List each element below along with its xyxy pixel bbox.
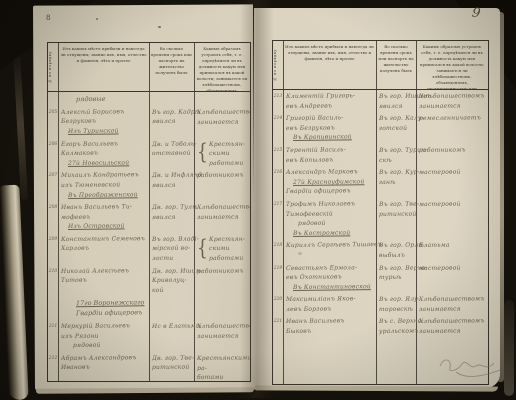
- term-cell: Въ гор. Турин-скѣ: [376, 146, 416, 165]
- table-row: 213Климентій Григорь-евъ АндреевъВъ гор.…: [273, 92, 488, 111]
- row-number: 209: [48, 235, 58, 264]
- table-row: 219Севастьянъ Ермола-евъ ОхотниковъВъ Ко…: [273, 264, 488, 293]
- term-line: уральскомъ: [379, 327, 416, 337]
- right-register-table: № по порядку Изъ какихъ мѣстъ прибыли и …: [272, 40, 489, 385]
- manner-lines: ремесленничаетъ: [419, 114, 488, 124]
- dust-speck: [96, 18, 98, 20]
- manner-line: Елатьма: [419, 241, 488, 251]
- name-cell: Максимиліанъ Яков-левъ Борзовъ: [283, 295, 376, 314]
- row-number: 220: [273, 295, 283, 314]
- term-cell: Въ гор. Ялу-торовскѣ: [376, 295, 416, 314]
- manner-line: Хлѣбопашествомъ занимается: [419, 317, 488, 337]
- term-line: явился: [152, 117, 194, 127]
- manner-line: работникомъ: [197, 171, 250, 181]
- name-line: Терентій Василь-: [286, 145, 376, 156]
- header-cell-term: Во сколько времени срокъ или паспортъ на…: [376, 41, 416, 89]
- manner-lines: работникомъ: [197, 267, 250, 277]
- name-cell: Константинъ СеменовъХарловъ: [58, 235, 149, 264]
- book-page-stack-edge: [0, 185, 29, 400]
- row-number: 205: [48, 108, 58, 137]
- manner-line: ботами: [197, 372, 250, 381]
- manner-lines: мастеровой: [419, 200, 488, 210]
- term-line: явился: [152, 180, 194, 190]
- name-cell: Михаилъ Кондратьевъизъ ТюменевскойВъ Пре…: [58, 171, 149, 200]
- term-cell: Дв. и Инфляндявился: [149, 171, 194, 200]
- name-line: рядовой: [73, 340, 149, 350]
- row-number: 214: [273, 114, 283, 143]
- manner-line: скими: [209, 244, 245, 254]
- name-line: Быковъ: [286, 326, 376, 337]
- manner-lines: Хлѣбопашествомъ занимается: [197, 203, 250, 222]
- manner-line: Хлѣбопашествомъ занимается: [197, 203, 250, 223]
- term-line: Въ гор. Кур-: [379, 168, 416, 178]
- term-line: Въ гор. Ишимѣ: [379, 92, 416, 102]
- header-cell-term: Во сколько времени срокъ или паспортъ на…: [149, 43, 194, 91]
- manner-cell: Хлѣбопашествомъ занимается: [416, 92, 488, 111]
- header-cell-number: № по порядку: [48, 43, 58, 91]
- row-number: 212: [48, 354, 58, 381]
- row-number: 206: [48, 140, 58, 169]
- row-number: 210: [48, 267, 58, 296]
- term-line: Въ гор. Калу-: [379, 114, 416, 124]
- term-line: скѣ: [379, 155, 416, 165]
- left-page-number: 8: [46, 14, 50, 22]
- name-line: Въ Преображенской: [68, 190, 149, 200]
- name-line: Въ Крапивинской: [293, 133, 376, 143]
- term-line: готской: [379, 123, 416, 133]
- manner-cell: Хлѣбопашествомъ занимается: [416, 317, 488, 336]
- manner-cell: Елатьма: [416, 241, 488, 260]
- term-cell: Дв. гор. Ишим-Криволуц-кой: [149, 267, 194, 296]
- table-row: 218Кириллъ Сергѣевъ ТишаевъВъ гор. Орлѣв…: [273, 241, 488, 260]
- term-line: выбылъ: [379, 251, 416, 261]
- term-line: отставной: [152, 149, 194, 159]
- table-row: 212Абрамъ АлександровъИвановъДв. гор. Тв…: [48, 354, 250, 381]
- manner-lines: Крестьян-скимиработами: [209, 235, 245, 264]
- name-cell: Абрамъ АлександровъИвановъ: [58, 354, 149, 381]
- term-line: Въ гор. Верхо-: [379, 263, 416, 273]
- term-line: кой: [152, 285, 194, 295]
- name-line: изъ Тюменевской: [61, 180, 149, 191]
- term-line: Въ с. Верхне-: [379, 317, 416, 327]
- table-row: 216Александръ Марковъ27й КрасноуфимскойГ…: [273, 168, 488, 197]
- manner-line: скими: [209, 149, 245, 159]
- table-row: 220Максимиліанъ Яков-левъ БорзовъВъ гор.…: [273, 295, 488, 314]
- manner-cell: работникомъ: [194, 267, 250, 296]
- brace-mark: {: [197, 239, 208, 260]
- section-heading-line: Гвардіи офицеровъ: [76, 307, 250, 319]
- term-line: ганѣ: [379, 177, 416, 187]
- name-line: Меркурій Васильевъ: [61, 321, 149, 332]
- name-line: рядовой: [298, 218, 376, 228]
- term-cell: Въ гор. Калу-готской: [376, 114, 416, 143]
- section-heading: рядовые: [48, 94, 250, 104]
- table-row: 206Егоръ ВасильевъКолмаковъ27й Новосильс…: [48, 140, 250, 169]
- name-cell: Иванъ Васильевъ Ти-мофеевъИзъ Островской: [58, 203, 149, 232]
- name-line: евъ Андреевъ: [286, 101, 376, 112]
- term-cell: Дв. гор. Тулѣявился: [149, 203, 194, 232]
- name-line: Харловъ: [61, 244, 149, 255]
- term-line: мірской во-: [152, 244, 194, 254]
- name-line: Александръ Марковъ: [286, 167, 376, 178]
- right-page-bottom-edge: [255, 385, 498, 391]
- manner-lines: Елатьма: [419, 241, 488, 251]
- manner-cell: мастеровой: [416, 264, 488, 293]
- manner-line: Хлѣбопашествомъ занимается: [197, 107, 250, 127]
- manner-lines: работникомъ: [419, 146, 488, 156]
- dust-speck: [158, 26, 161, 28]
- name-cell: Николай АлексѣевъТитовъ: [58, 267, 149, 296]
- scanned-register-photo: 8 9 № по порядку Изъ какихъ мѣстъ прибыл…: [0, 0, 516, 400]
- manner-line: ремесленничаетъ: [419, 113, 488, 123]
- name-line: Колмаковъ: [61, 148, 149, 159]
- row-number: 207: [48, 171, 58, 200]
- manner-line: мастеровой: [419, 199, 488, 209]
- name-cell: Григорій Василь-евъ БезруковъВъ Крапивин…: [283, 114, 376, 143]
- term-cell: Ис в Елатьмѣ: [149, 322, 194, 351]
- manner-line: мастеровой: [419, 263, 488, 273]
- term-line: Дв. и Тоболь-: [152, 139, 194, 149]
- manner-lines: Хлѣбопашествомъ занимается: [197, 108, 250, 127]
- table-row: 214Григорій Василь-евъ БезруковъВъ Крапи…: [273, 114, 488, 143]
- smudge: [298, 252, 302, 255]
- right-table-body: 213Климентій Григорь-евъ АндреевъВъ гор.…: [273, 89, 488, 384]
- table-row: 211Меркурій Васильевъизъ РязанирядовойИс…: [48, 322, 250, 351]
- term-line: торовскѣ: [379, 304, 416, 314]
- manner-line: работникомъ: [419, 145, 488, 155]
- name-cell: Егоръ ВасильевъКолмаковъ27й Новосильской: [58, 140, 149, 169]
- manner-lines: Крестьян-скимиработами: [209, 140, 245, 169]
- name-cell: Трофимъ НиколаевъТимофеевскійрядовойВъ К…: [283, 200, 376, 238]
- term-cell: Дв. гор. Тве-ритинской: [149, 354, 194, 381]
- term-line: явился: [379, 101, 416, 111]
- name-line: Кириллъ Сергѣевъ Тишаевъ: [286, 240, 376, 251]
- manner-line: Хлѣбопашествомъ занимается: [419, 295, 488, 315]
- left-page-bottom-edge: [36, 387, 254, 394]
- name-cell: Иванъ ВасильевъБыковъ: [283, 317, 376, 336]
- manner-lines: Хлѣбопашествомъ занимается: [197, 322, 250, 341]
- name-line: Изъ Туринской: [68, 126, 149, 136]
- left-table-body: рядовые205Алексѣй БорисовъБезруковъИзъ Т…: [48, 91, 250, 381]
- name-line: Титовъ: [61, 275, 149, 286]
- header-cell-manner: Какимъ образомъ устроилъ себя, т. е. опр…: [194, 43, 250, 91]
- row-number: 213: [273, 92, 283, 111]
- manner-lines: Хлѣбопашествомъ занимается: [419, 92, 488, 111]
- row-number: 218: [273, 241, 283, 260]
- table-row: 207Михаилъ Кондратьевъизъ ТюменевскойВъ …: [48, 171, 250, 200]
- table-row: 209Константинъ СеменовъХарловъВъ гор. Вл…: [48, 235, 250, 264]
- section-heading-line: рядовые: [76, 93, 250, 105]
- term-cell: Въ гор. Кадрѣявился: [149, 108, 194, 137]
- row-number: 217: [273, 200, 283, 238]
- term-line: ритинской: [152, 363, 194, 373]
- name-line: левъ Борзовъ: [286, 304, 376, 315]
- term-line: Въ гор. Турин-: [379, 146, 416, 156]
- manner-cell: работникомъ: [194, 171, 250, 200]
- term-cell: Дв. и Тоболь-отставной: [149, 140, 194, 169]
- section-heading: 17го ВоронежскагоГвардіи офицеровъ: [48, 298, 250, 318]
- name-cell: Терентій Василь-евъ Копыловъ: [283, 146, 376, 165]
- term-line: Дв. гор. Тулѣ: [152, 203, 194, 213]
- manner-cell: ремесленничаетъ: [416, 114, 488, 143]
- name-line: Гвардіи офицеровъ: [286, 186, 376, 197]
- term-line: явился: [152, 212, 194, 222]
- manner-line: работникомъ: [197, 266, 250, 276]
- table-row: 205Алексѣй БорисовъБезруковъИзъ Туринско…: [48, 108, 250, 137]
- manner-cell: {Крестьян-скимиработами: [194, 235, 250, 264]
- row-number: 208: [48, 203, 58, 232]
- name-cell: Александръ Марковъ27й КрасноуфимскойГвар…: [283, 168, 376, 197]
- name-line: Иванъ Васильевъ Ти-: [61, 202, 149, 213]
- term-cell: Въ с. Верхне-уральскомъ: [376, 317, 416, 336]
- manner-line: работами: [209, 254, 245, 264]
- manner-lines: мастеровой: [419, 264, 488, 274]
- manner-lines: Хлѣбопашествомъ занимается: [419, 317, 488, 336]
- manner-cell: Хлѣбопашествомъ занимается: [194, 108, 250, 137]
- term-cell: Въ гор. Верхо-турьѣ: [376, 264, 416, 293]
- name-line: 27й Новосильской: [68, 158, 149, 168]
- brace-mark: {: [197, 143, 208, 164]
- name-cell: Меркурій Васильевъизъ Рязанирядовой: [58, 322, 149, 351]
- book-page-edge-streak: [13, 50, 28, 200]
- manner-cell: Хлѣбопашествомъ занимается: [194, 322, 250, 351]
- term-line: Ис в Елатьмѣ: [152, 321, 194, 331]
- name-line: Изъ Островской: [68, 221, 149, 231]
- row-number: 215: [273, 146, 283, 165]
- row-number: 216: [273, 168, 283, 197]
- manner-lines: Хлѣбопашествомъ занимается: [419, 295, 488, 314]
- term-line: Въ гор. Тве-: [379, 200, 416, 210]
- manner-cell: Хлѣбопашествомъ занимается: [416, 295, 488, 314]
- term-cell: Въ гор. Орлѣвыбылъ: [376, 241, 416, 260]
- name-line: Ивановъ: [61, 362, 149, 373]
- table-row: 210Николай АлексѣевъТитовъДв. гор. Ишим-…: [48, 267, 250, 296]
- name-line: Въ Константиновской: [293, 282, 376, 292]
- manner-cell: мастеровой: [416, 168, 488, 197]
- left-register-table: № по порядку Изъ какихъ мѣстъ прибыли и …: [47, 42, 251, 382]
- table-row: 215Терентій Василь-евъ КопыловъВъ гор. Т…: [273, 146, 488, 165]
- right-table-header: № по порядку Изъ какихъ мѣстъ прибыли и …: [273, 41, 488, 89]
- name-line: Въ Костромской: [293, 228, 376, 238]
- name-cell: Кириллъ Сергѣевъ Тишаевъ: [283, 241, 376, 260]
- header-cell-name: Изъ какихъ мѣстъ прибыли и навсегда ли о…: [283, 41, 376, 89]
- term-cell: Въ гор. Кур-ганѣ: [376, 168, 416, 197]
- header-cell-name: Изъ какихъ мѣстъ прибыли и навсегда ли о…: [58, 43, 149, 91]
- term-line: турьѣ: [379, 273, 416, 283]
- term-line: Въ гор. Орлѣ: [379, 241, 416, 251]
- term-line: Дв. и Инфлянд: [152, 171, 194, 181]
- term-line: ритинской: [379, 209, 416, 219]
- term-line: Криволуц-: [152, 276, 194, 286]
- header-cell-manner: Какимъ образомъ устроилъ себя, т. е. опр…: [416, 41, 488, 89]
- name-cell: Климентій Григорь-евъ Андреевъ: [283, 92, 376, 111]
- manner-line: Хлѣбопашествомъ занимается: [419, 91, 488, 111]
- table-row: 217Трофимъ НиколаевъТимофеевскійрядовойВ…: [273, 200, 488, 238]
- manner-lines: работникомъ: [197, 171, 250, 181]
- manner-cell: {Крестьян-скимиработами: [194, 140, 250, 169]
- name-line: евъ Охотниковъ: [286, 272, 376, 283]
- name-line: Трофимъ Николаевъ: [286, 199, 376, 210]
- term-cell: Въ гор. Ишимѣявился: [376, 92, 416, 111]
- name-cell: Севастьянъ Ермола-евъ ОхотниковъВъ Конст…: [283, 264, 376, 293]
- manner-line: мастеровой: [419, 167, 488, 177]
- name-line: Григорій Василь-: [286, 113, 376, 124]
- manner-line: Крестьян-: [209, 139, 245, 149]
- term-cell: Въ гор. Владі-мірской во-лости: [149, 235, 194, 264]
- manner-line: Крестьянскими ра-: [197, 353, 250, 373]
- term-line: лости: [152, 254, 194, 264]
- manner-line: работами: [209, 158, 245, 168]
- name-cell: Алексѣй БорисовъБезруковъИзъ Туринской: [58, 108, 149, 137]
- manner-lines: Крестьянскими ра-ботами: [197, 354, 250, 381]
- row-number: 211: [48, 322, 58, 351]
- manner-cell: мастеровой: [416, 200, 488, 238]
- manner-cell: Крестьянскими ра-ботами: [194, 354, 250, 381]
- manner-lines: мастеровой: [419, 168, 488, 178]
- name-line: Климентій Григорь-: [286, 91, 376, 102]
- manner-cell: работникомъ: [416, 146, 488, 165]
- header-cell-number: № по порядку: [273, 41, 283, 89]
- term-cell: Въ гор. Тве-ритинской: [376, 200, 416, 238]
- term-line: Въ гор. Ялу-: [379, 295, 416, 305]
- row-number: 221: [273, 317, 283, 336]
- signature-flourish: [436, 350, 506, 384]
- table-row: 221Иванъ ВасильевъБыковъВъ с. Верхне-ура…: [273, 317, 488, 336]
- table-row: 208Иванъ Васильевъ Ти-мофеевъИзъ Островс…: [48, 203, 250, 232]
- name-line: евъ Копыловъ: [286, 155, 376, 166]
- row-number: 219: [273, 264, 283, 293]
- manner-line: Хлѣбопашествомъ занимается: [197, 321, 250, 341]
- manner-cell: Хлѣбопашествомъ занимается: [194, 203, 250, 232]
